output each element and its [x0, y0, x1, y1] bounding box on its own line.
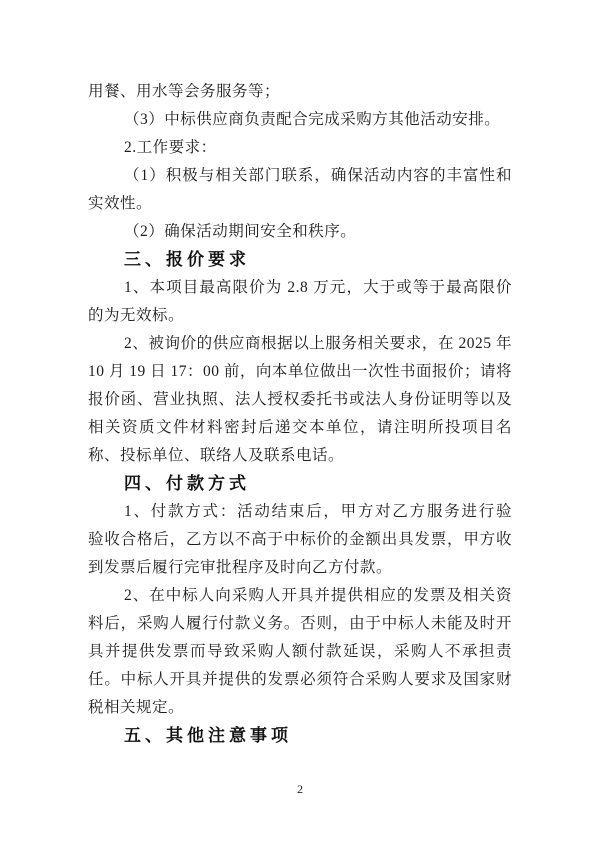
text-line: 2、在中标人向采购人开具并提供相应的发票及相关资 — [88, 582, 512, 610]
text-line: （1）积极与相关部门联系，确保活动内容的丰富性和 — [88, 162, 512, 190]
text-line: 验收合格后，乙方以不高于中标价的金额出具发票，甲方收 — [88, 526, 512, 554]
text-line: 料后，采购人履行付款义务。否则，由于中标人未能及时开 — [88, 610, 512, 638]
text-line: 1、付款方式：活动结束后，甲方对乙方服务进行验收， — [88, 498, 512, 526]
text-line: 税相关规定。 — [88, 694, 512, 722]
text-line: 相关资质文件材料密封后递交本单位，请注明所投项目名 — [88, 414, 512, 442]
text-line: 用餐、用水等会务服务等； — [88, 78, 512, 106]
text-line: 10 月 19 日 17：00 前，向本单位做出一次性书面报价；请将 — [88, 358, 512, 386]
text-line: 具并提供发票而导致采购人额付款延误，采购人不承担责 — [88, 638, 512, 666]
page-number: 2 — [0, 782, 600, 797]
document-page: 用餐、用水等会务服务等； （3）中标供应商负责配合完成采购方其他活动安排。 2.… — [0, 0, 600, 848]
section-heading-other-notes: 五、其他注意事项 — [88, 722, 512, 750]
text-line: 1、本项目最高限价为 2.8 万元，大于或等于最高限价 — [88, 274, 512, 302]
text-line: 2.工作要求： — [88, 134, 512, 162]
section-heading-payment: 四、付款方式 — [88, 470, 512, 498]
text-line: 任。中标人开具并提供的发票必须符合采购人要求及国家财 — [88, 666, 512, 694]
text-line: 的为无效标。 — [88, 302, 512, 330]
text-line: 2、被询价的供应商根据以上服务相关要求，在 2025 年 — [88, 330, 512, 358]
text-line: 报价函、营业执照、法人授权委托书或法人身份证明等以及 — [88, 386, 512, 414]
text-line: 称、投标单位、联络人及联系电话。 — [88, 442, 512, 470]
text-line: （3）中标供应商负责配合完成采购方其他活动安排。 — [88, 106, 512, 134]
section-heading-pricing: 三、报价要求 — [88, 246, 512, 274]
text-line: （2）确保活动期间安全和秩序。 — [88, 218, 512, 246]
document-body: 用餐、用水等会务服务等； （3）中标供应商负责配合完成采购方其他活动安排。 2.… — [88, 78, 512, 750]
text-line: 到发票后履行完审批程序及时向乙方付款。 — [88, 554, 512, 582]
text-line: 实效性。 — [88, 190, 512, 218]
